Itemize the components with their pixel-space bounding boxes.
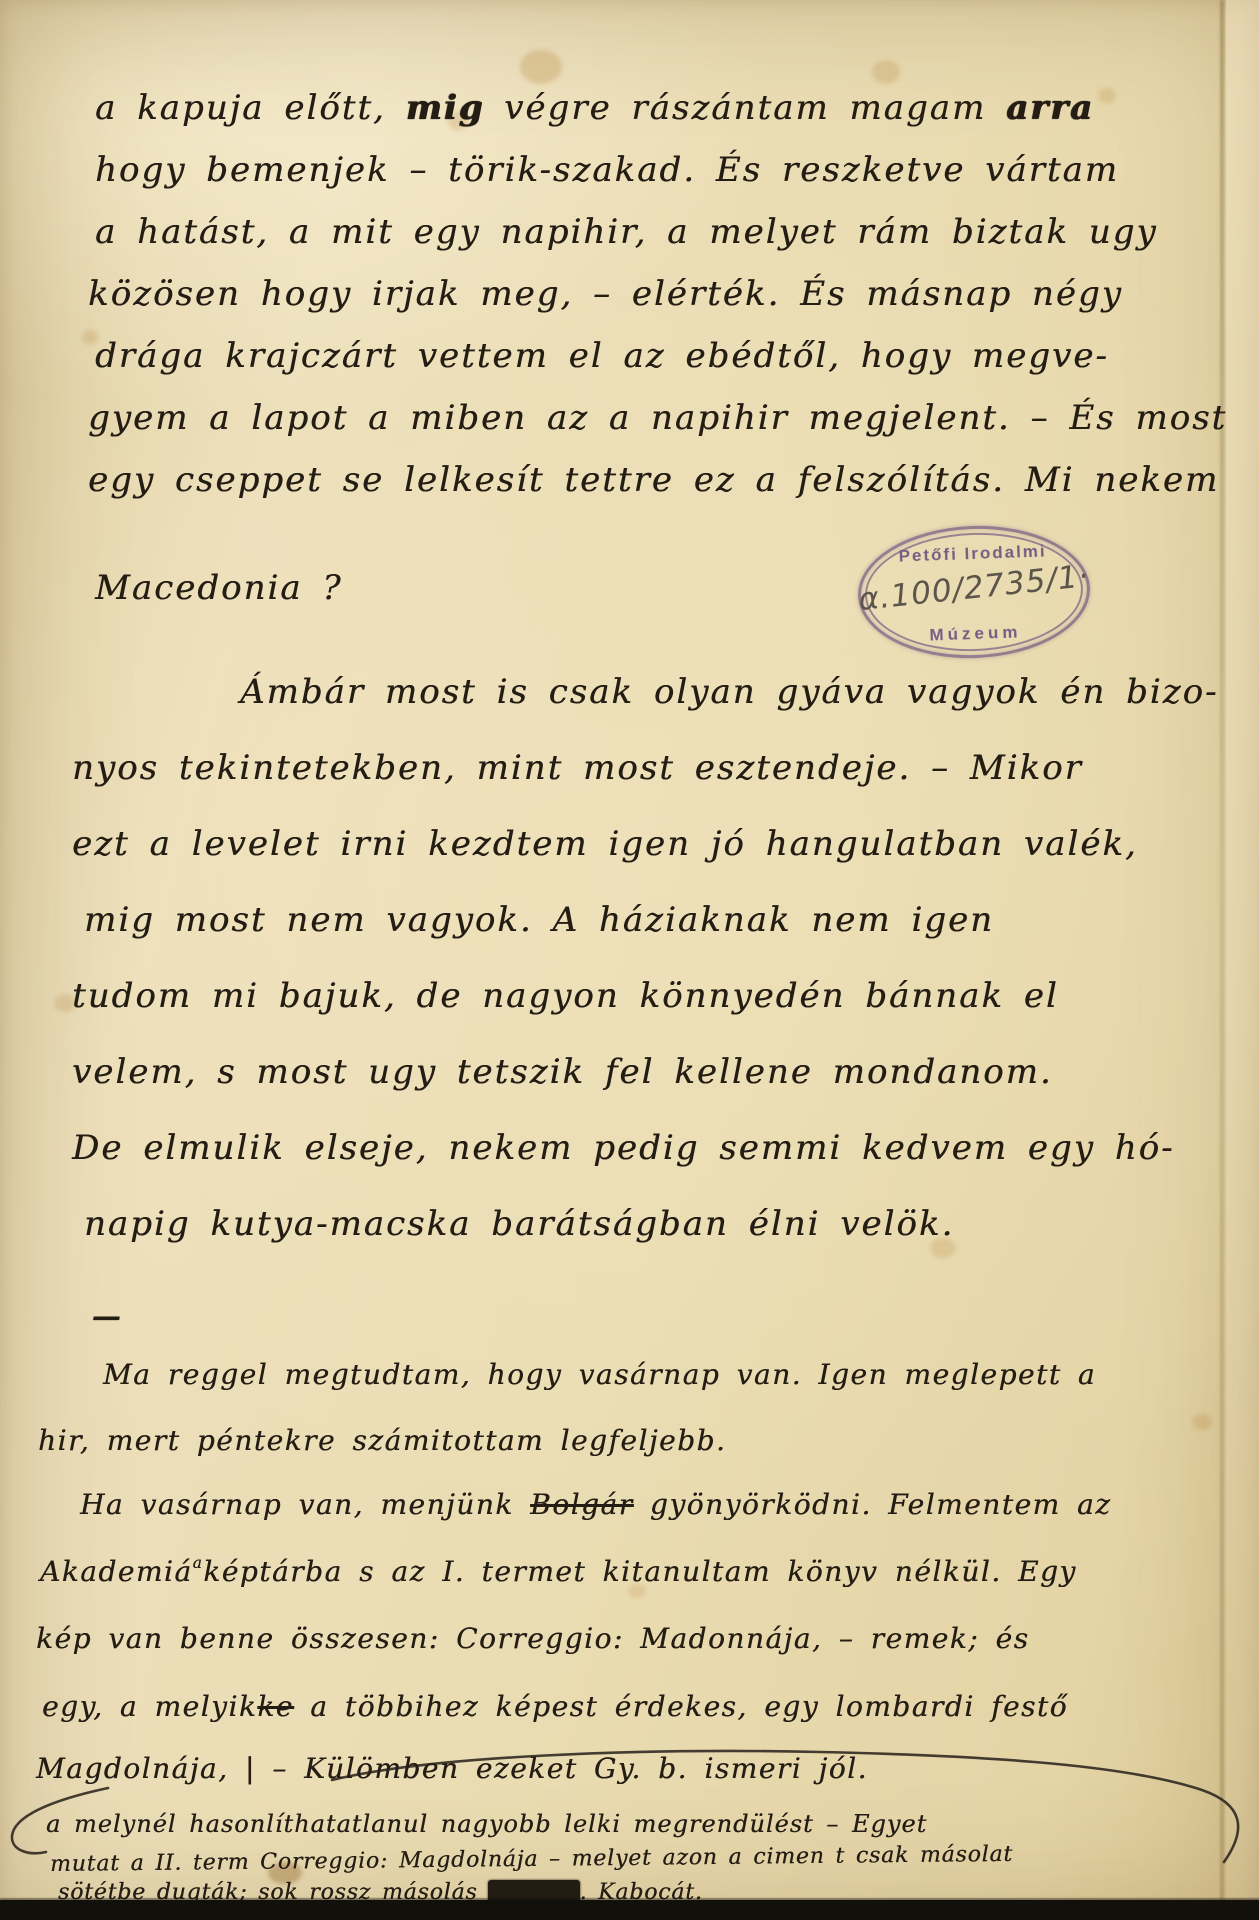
handwriting-sup: a bbox=[193, 1554, 204, 1572]
handwriting-line: a melynél hasonlíthatatlanul nagyobb lel… bbox=[46, 1810, 927, 1838]
handwriting-line: a hatást, a mit egy napihir, a melyet rá… bbox=[95, 212, 1158, 252]
handwriting-text: a többihez képest érdekes, egy lombardi … bbox=[294, 1690, 1068, 1723]
handwriting-text: kép van benne összesen: Correggio: Madon… bbox=[36, 1622, 1029, 1655]
handwriting-line: ezt a levelet irni kezdtem igen jó hangu… bbox=[72, 824, 1138, 864]
handwriting-text: végre rászántam magam bbox=[484, 88, 1006, 128]
handwriting-text: mig most nem vagyok. A háziaknak nem ige… bbox=[84, 900, 994, 940]
handwriting-line: tudom mi bajuk, de nagyon könnyedén bánn… bbox=[72, 976, 1059, 1016]
paper-stain bbox=[1098, 88, 1116, 104]
handwriting-text: hogy bemenjek – törik-szakad. És reszket… bbox=[95, 150, 1119, 190]
letter-page: a kapuja előtt, mig végre rászántam maga… bbox=[0, 0, 1259, 1920]
handwriting-line: drága krajczárt vettem el az ebédtől, ho… bbox=[95, 336, 1109, 376]
handwriting-smudge: arra bbox=[1006, 88, 1094, 128]
handwriting-line: gyem a lapot a miben az a napihir megjel… bbox=[88, 398, 1227, 438]
handwriting-smudge: mig bbox=[406, 88, 485, 128]
handwriting-strike: ke bbox=[257, 1690, 294, 1723]
handwriting-text: egy cseppet se lelkesít tettre ez a fels… bbox=[88, 460, 1219, 500]
handwriting-text: De elmulik elseje, nekem pedig semmi ked… bbox=[72, 1128, 1175, 1168]
handwriting-line: velem, s most ugy tetszik fel kellene mo… bbox=[72, 1052, 1053, 1092]
handwriting-text: ezt a levelet irni kezdtem igen jó hangu… bbox=[72, 824, 1138, 864]
handwriting-strike: Bolgár bbox=[530, 1488, 633, 1521]
handwriting-line: nyos tekintetekben, mint most esztendeje… bbox=[72, 748, 1083, 788]
handwriting-line: Ma reggel megtudtam, hogy vasárnap van. … bbox=[103, 1358, 1096, 1391]
handwriting-text: Macedonia ? bbox=[95, 568, 343, 608]
paper-stain bbox=[520, 50, 562, 84]
handwriting-text: a kapuja előtt, bbox=[95, 88, 406, 128]
handwriting-line: Macedonia ? bbox=[95, 568, 343, 608]
scan-edge-bar bbox=[0, 1900, 1259, 1920]
paper-edge bbox=[1226, 0, 1259, 1920]
handwriting-text: drága krajczárt vettem el az ebédtől, ho… bbox=[95, 336, 1109, 376]
handwriting-text: mutat a II. term Correggio: Magdolnája –… bbox=[50, 1842, 1013, 1877]
handwriting-line: egy, a melyikke a többihez képest érdeke… bbox=[42, 1690, 1068, 1723]
handwriting-line: egy cseppet se lelkesít tettre ez a fels… bbox=[88, 460, 1219, 500]
handwriting-text: gyem a lapot a miben az a napihir megjel… bbox=[88, 398, 1227, 438]
handwriting-line: hir, mert péntekre számitottam legfeljeb… bbox=[38, 1424, 726, 1457]
handwriting-text: velem, s most ugy tetszik fel kellene mo… bbox=[72, 1052, 1053, 1092]
handwriting-text: tudom mi bajuk, de nagyon könnyedén bánn… bbox=[72, 976, 1059, 1016]
handwriting-text: közösen hogy irjak meg, – elérték. És má… bbox=[88, 274, 1123, 314]
handwriting-text: napig kutya-macska barátságban élni velö… bbox=[84, 1204, 954, 1244]
handwriting-line: hogy bemenjek – törik-szakad. És reszket… bbox=[95, 150, 1119, 190]
fold-crease bbox=[1220, 0, 1224, 1920]
paper-stain bbox=[872, 60, 900, 84]
handwriting-text: Magdolnája, | – Külömben ezeket Gy. b. i… bbox=[36, 1752, 868, 1785]
handwriting-line: Magdolnája, | – Külömben ezeket Gy. b. i… bbox=[36, 1752, 868, 1785]
handwriting-line: De elmulik elseje, nekem pedig semmi ked… bbox=[72, 1128, 1175, 1168]
handwriting-line: Akademiáaképtárba s az I. termet kitanul… bbox=[40, 1554, 1077, 1588]
museum-stamp: Petőfi Irodalmi α.100/2735/1· Múzeum bbox=[856, 522, 1092, 662]
handwriting-line: Ha vasárnap van, menjünk Bolgár gyönyörk… bbox=[80, 1488, 1111, 1521]
handwriting-text: Ma reggel megtudtam, hogy vasárnap van. … bbox=[103, 1358, 1096, 1391]
handwriting-line: Ámbár most is csak olyan gyáva vagyok én… bbox=[240, 672, 1219, 712]
handwriting-text: nyos tekintetekben, mint most esztendeje… bbox=[72, 748, 1083, 788]
handwriting-smudge: — bbox=[92, 1300, 122, 1333]
handwriting-line: a kapuja előtt, mig végre rászántam maga… bbox=[95, 88, 1094, 128]
paper-stain bbox=[1192, 1414, 1212, 1430]
handwriting-line: kép van benne összesen: Correggio: Madon… bbox=[36, 1622, 1029, 1655]
handwriting-text: a hatást, a mit egy napihir, a melyet rá… bbox=[95, 212, 1158, 252]
handwriting-line: — bbox=[92, 1300, 122, 1333]
handwriting-text: Akademiá bbox=[40, 1555, 193, 1588]
handwriting-text: a melynél hasonlíthatatlanul nagyobb lel… bbox=[46, 1810, 927, 1838]
handwriting-line: napig kutya-macska barátságban élni velö… bbox=[84, 1204, 954, 1244]
handwriting-text: Ámbár most is csak olyan gyáva vagyok én… bbox=[240, 672, 1219, 712]
handwriting-text: Ha vasárnap van, menjünk bbox=[80, 1488, 530, 1521]
handwriting-text: gyönyörködni. Felmentem az bbox=[634, 1488, 1112, 1521]
handwriting-text: képtárba s az I. termet kitanultam könyv… bbox=[203, 1555, 1076, 1588]
handwriting-text: egy, a melyik bbox=[42, 1690, 257, 1723]
handwriting-line: közösen hogy irjak meg, – elérték. És má… bbox=[88, 274, 1123, 314]
handwriting-line: mutat a II. term Correggio: Magdolnája –… bbox=[50, 1842, 1013, 1877]
handwriting-line: mig most nem vagyok. A háziaknak nem ige… bbox=[84, 900, 994, 940]
handwriting-text: hir, mert péntekre számitottam legfeljeb… bbox=[38, 1424, 726, 1457]
